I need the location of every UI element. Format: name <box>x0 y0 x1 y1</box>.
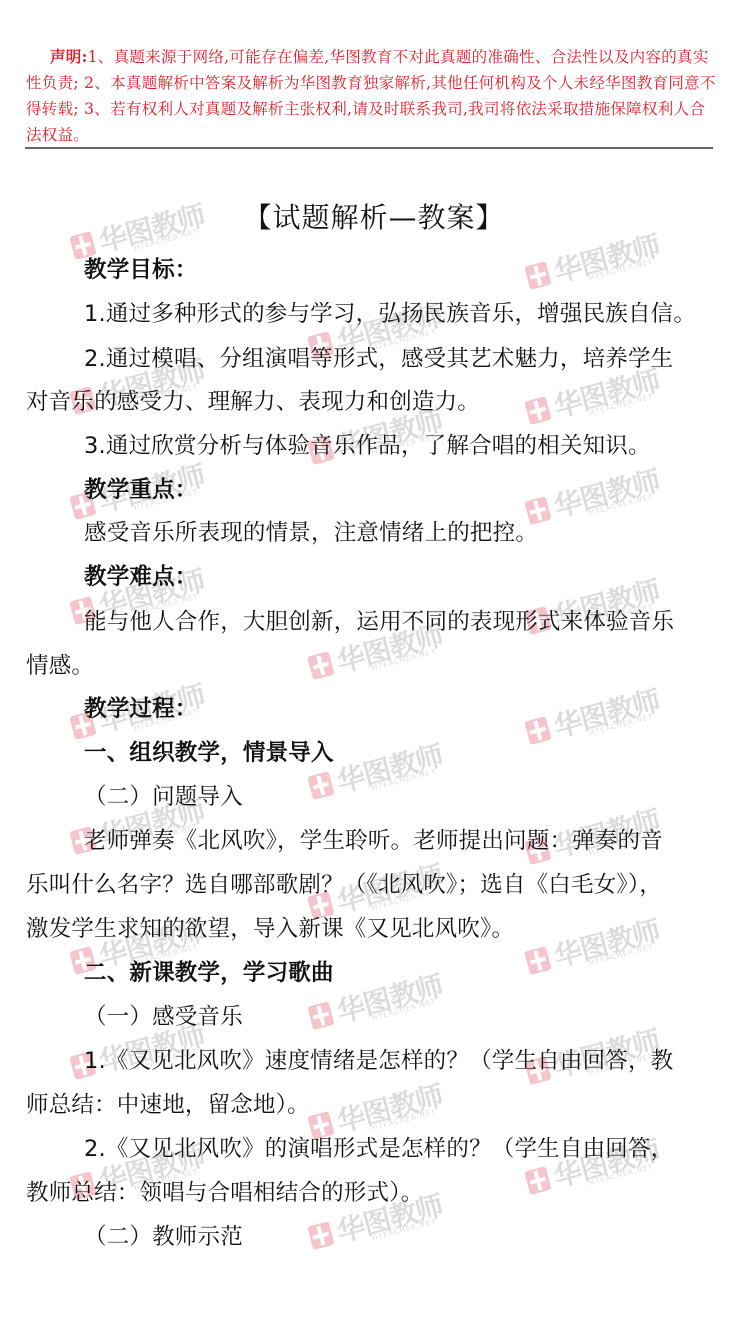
header-divider <box>25 147 713 149</box>
disclaimer-label: 声明: <box>50 47 88 66</box>
page-title: 【试题解析—教案】 <box>0 196 748 236</box>
heading-difficulties: 教学难点： <box>84 559 198 591</box>
goal-3: 3.通过欣赏分析与体验音乐作品，了解合唱的相关知识。 <box>84 428 651 460</box>
section-1-heading: 一、组织教学，情景导入 <box>84 735 334 767</box>
disclaimer-text: 1、真题来源于网络,可能存在偏差,华图教育不对此真题的准确性、合法性以及内容的真… <box>26 48 716 144</box>
subsection-question-intro: （二）问题导入 <box>84 779 243 811</box>
watermark-logo-icon: 华图教师HTEACHER.NET <box>521 671 679 758</box>
watermark-logo-icon: 华图教师HTEACHER.NET <box>521 451 679 538</box>
goal-1: 1.通过多种形式的参与学习，弘扬民族音乐，增强民族自信。 <box>84 296 696 328</box>
question-2: 2.《又见北风吹》的演唱形式是怎样的？（学生自由回答， <box>84 1131 673 1163</box>
paragraph-intro-cont-1: 乐叫什么名字？选自哪部歌剧？（《北风吹》；选自《白毛女》）， <box>26 867 662 899</box>
heading-process: 教学过程： <box>84 691 198 723</box>
difficulty-text-cont: 情感。 <box>26 648 94 680</box>
paragraph-intro: 老师弹奏《北风吹》，学生聆听。老师提出问题：弹奏的音 <box>84 823 663 855</box>
section-2-heading: 二、新课教学，学习歌曲 <box>84 955 334 987</box>
question-1-cont: 师总结：中速地，留念地）。 <box>26 1087 310 1119</box>
heading-key-points: 教学重点： <box>84 472 198 504</box>
goal-2-cont: 对音乐的感受力、理解力、表现力和创造力。 <box>26 384 480 416</box>
subsection-feel-music: （一）感受音乐 <box>84 999 243 1031</box>
heading-teaching-goals: 教学目标： <box>84 252 198 284</box>
paragraph-intro-cont-2: 激发学生求知的欲望，导入新课《又见北风吹》。 <box>26 911 514 943</box>
subsection-teacher-demo: （二）教师示范 <box>84 1219 243 1251</box>
question-2-cont: 教师总结：领唱与合唱相结合的形式）。 <box>26 1175 423 1207</box>
question-1: 1.《又见北风吹》速度情绪是怎样的？（学生自由回答，教 <box>84 1043 673 1075</box>
watermark-logo-icon: 华图教师HTEACHER.NET <box>521 901 679 988</box>
key-point-text: 感受音乐所表现的情景，注意情绪上的把控。 <box>84 515 538 547</box>
disclaimer: 声明:1、真题来源于网络,可能存在偏差,华图教育不对此真题的准确性、合法性以及内… <box>26 44 716 148</box>
difficulty-text: 能与他人合作，大胆创新，运用不同的表现形式来体验音乐 <box>84 604 674 636</box>
goal-2: 2.通过模唱、分组演唱等形式，感受其艺术魅力，培养学生 <box>84 341 673 373</box>
